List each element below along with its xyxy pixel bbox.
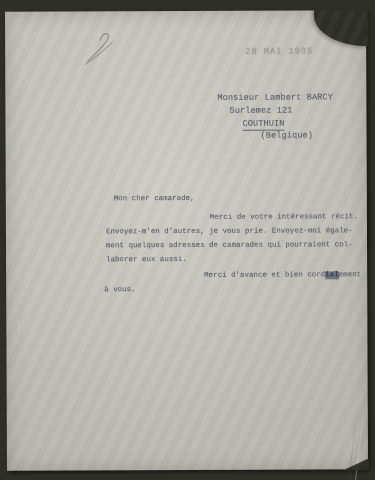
torn-corner-top-right [314,8,368,46]
salutation: Mon cher camarade, [114,195,195,203]
body-line: laborer eux aussi. [106,256,187,264]
body-line: Merci de votre intéressant récit. [210,213,358,222]
overstruck-correction: ial [325,271,339,279]
scan-background: 28 MAI 1935 Monsieur Lambert BARCY Surle… [0,0,375,480]
closing-text: ement [339,271,361,279]
closing-line: Merci d'avance et bien cordialement [204,271,361,280]
body-line: ment quelques adresses de camarades qui … [106,241,353,250]
body-line: Envoyez-m'en d'autres, je vous prie. Env… [106,227,353,236]
recipient-country: (Belgique) [261,130,314,140]
recipient-street: Surlemez 121 [229,106,292,116]
date-stamp: 28 MAI 1935 [245,46,313,56]
recipient-name: Monsieur Lambert BARCY [217,92,333,103]
closing-text: Merci d'avance et bien cord [204,271,325,280]
letter-paper: 28 MAI 1935 Monsieur Lambert BARCY Surle… [5,10,368,471]
nicked-corner-bottom-right [343,458,369,470]
pencil-checkmark-icon [79,27,127,75]
recipient-city: COUTHUIN [242,119,284,131]
closing-line: à vous. [104,286,135,294]
